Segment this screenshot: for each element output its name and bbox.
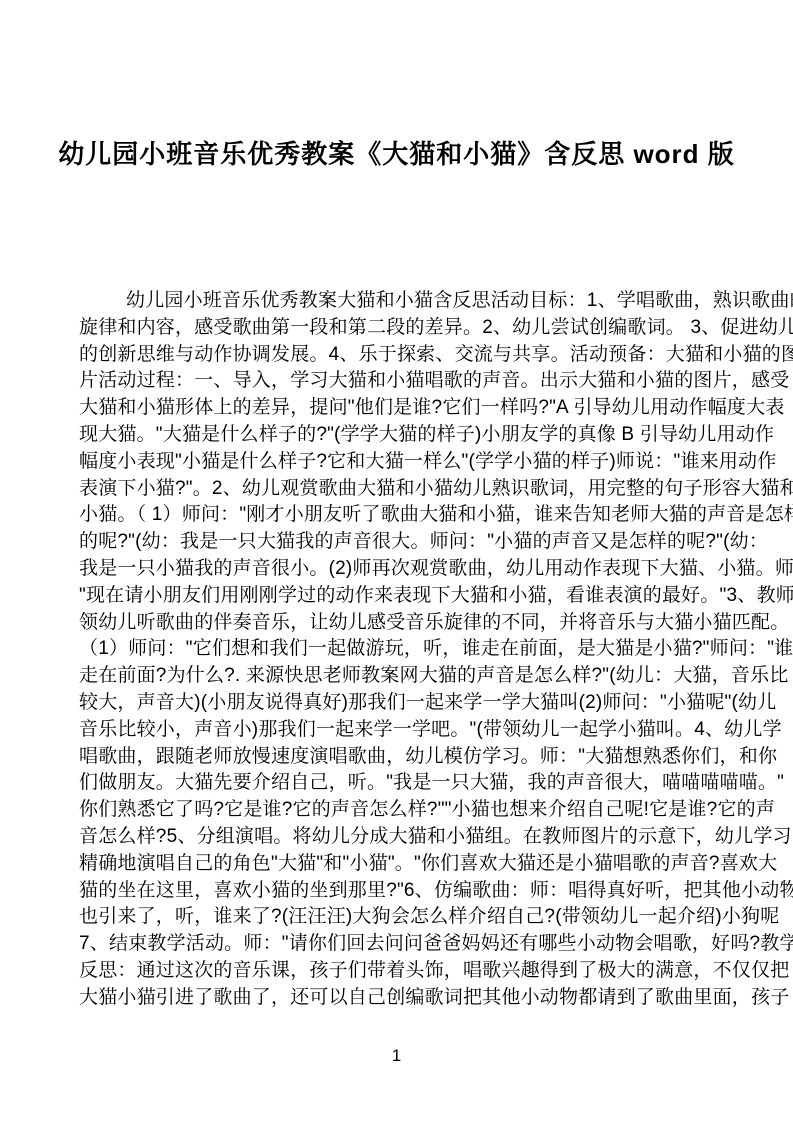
body-line: 小猫。（ 1）师问："刚才小朋友听了歌曲大猫和小猫，谁来告知老师大猫的声音是怎样: [79, 502, 793, 529]
body-line: 也引来了，听，谁来了?(汪汪汪)大狗会怎么样介绍自己?(带领幼儿一起介绍)小狗呢: [79, 904, 793, 931]
document-title: 幼儿园小班音乐优秀教案《大猫和小猫》含反思 word 版: [0, 0, 793, 171]
body-line: 幼儿园小班音乐优秀教案大猫和小猫含反思活动目标：1、学唱歌曲，熟识歌曲的: [79, 288, 793, 315]
page-number: 1: [0, 1046, 793, 1066]
body-line: 大猫和小猫形体上的差异，提问"他们是谁?它们一样吗?"A 引导幼儿用动作幅度大表: [79, 395, 793, 422]
body-line: 领幼儿听歌曲的伴奏音乐，让幼儿感受音乐旋律的不同，并将音乐与大猫小猫匹配。: [79, 610, 793, 637]
body-line: 反思：通过这次的音乐课，孩子们带着头饰，唱歌兴趣得到了极大的满意，不仅仅把: [79, 958, 793, 985]
body-line: 现大猫。"大猫是什么样子的?"(学学大猫的样子)小朋友学的真像 B 引导幼儿用动…: [79, 422, 793, 449]
body-line: 你们熟悉它了吗?它是谁?它的声音怎么样?""小猫也想来介绍自己呢!它是谁?它的声: [79, 797, 793, 824]
body-line: 音怎么样?5、分组演唱。将幼儿分成大猫和小猫组。在教师图片的示意下，幼儿学习: [79, 824, 793, 851]
body-line: 唱歌曲，跟随老师放慢速度演唱歌曲，幼儿模仿学习。师："大猫想熟悉你们，和你: [79, 744, 793, 771]
body-line: 音乐比较小，声音小)那我们一起来学一学吧。"(带领幼儿一起学小猫叫。4、幼儿学: [79, 717, 793, 744]
document-body: 幼儿园小班音乐优秀教案大猫和小猫含反思活动目标：1、学唱歌曲，熟识歌曲的旋律和内…: [79, 288, 793, 1012]
document-page: 幼儿园小班音乐优秀教案《大猫和小猫》含反思 word 版 幼儿园小班音乐优秀教案…: [0, 0, 793, 1122]
body-line: 大猫小猫引进了歌曲了，还可以自己创编歌词把其他小动物都请到了歌曲里面，孩子: [79, 985, 793, 1012]
body-line: 7、结束教学活动。师："请你们回去问问爸爸妈妈还有哪些小动物会唱歌，好吗?教学: [79, 931, 793, 958]
body-line: 片活动过程：一、导入，学习大猫和小猫唱歌的声音。出示大猫和小猫的图片，感受: [79, 368, 793, 395]
body-line: 的呢?"(幼：我是一只大猫我的声音很大。师问："小猫的声音又是怎样的呢?"(幼：: [79, 529, 793, 556]
body-line: 的创新思维与动作协调发展。4、乐于探索、交流与共享。活动预备：大猫和小猫的图: [79, 342, 793, 369]
body-line: 表演下小猫?"。2、幼儿观赏歌曲大猫和小猫幼儿熟识歌词，用完整的句子形容大猫和: [79, 476, 793, 503]
body-line: "现在请小朋友们用刚刚学过的动作来表现下大猫和小猫，看谁表演的最好。"3、教师: [79, 583, 793, 610]
body-line: 猫的坐在这里，喜欢小猫的坐到那里?"6、仿编歌曲：师：唱得真好听，把其他小动物: [79, 878, 793, 905]
body-line: 较大，声音大)(小朋友说得真好)那我们一起来学一学大猫叫(2)师问："小猫呢"(…: [79, 690, 793, 717]
body-line: 旋律和内容，感受歌曲第一段和第二段的差异。2、幼儿尝试创编歌词。 3、促进幼儿: [79, 315, 793, 342]
body-line: 精确地演唱自己的角色"大猫"和"小猫"。"你们喜欢大猫还是小猫唱歌的声音?喜欢大: [79, 851, 793, 878]
body-line: 走在前面?为什么?. 来源快思老师教案网大猫的声音是怎么样?"(幼儿：大猫，音乐…: [79, 663, 793, 690]
body-line: （1）师问："它们想和我们一起做游玩，听，谁走在前面，是大猫是小猫?"师问："谁: [79, 636, 793, 663]
body-line: 我是一只小猫我的声音很小。(2)师再次观赏歌曲，幼儿用动作表现下大猫、小猫。师: [79, 556, 793, 583]
body-line: 幅度小表现"小猫是什么样子?它和大猫一样么"(学学小猫的样子)师说："谁来用动作: [79, 449, 793, 476]
body-line: 们做朋友。大猫先要介绍自己，听。"我是一只大猫，我的声音很大，喵喵喵喵喵。": [79, 770, 793, 797]
